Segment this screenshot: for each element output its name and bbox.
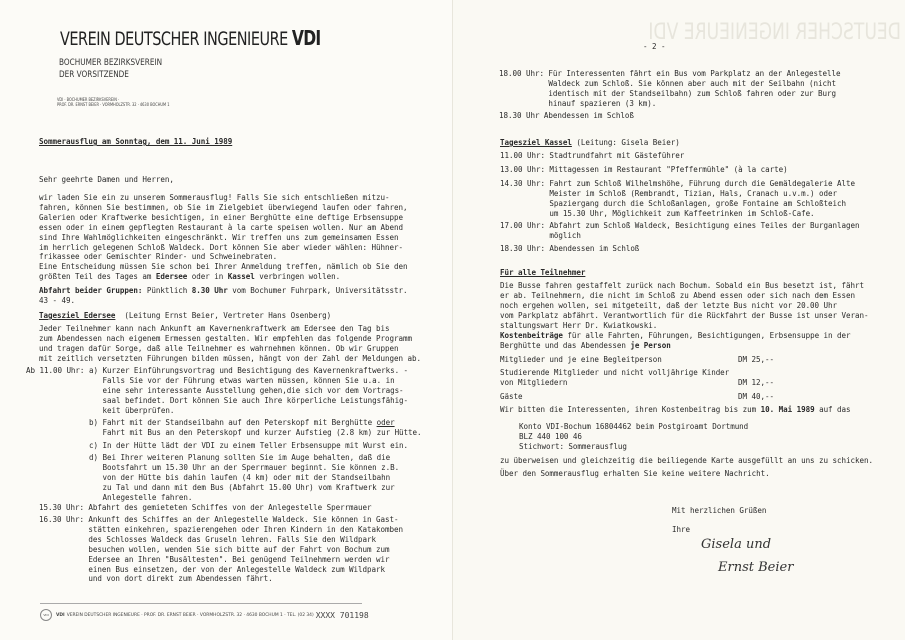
schedule-1830-edersee: 18.30 Uhr Abendessen im Schloß	[499, 111, 634, 121]
footer-phone: XXXX 701198	[316, 611, 369, 620]
fee-label: Mitglieder und je eine Begleitperson	[500, 355, 662, 365]
departure-paragraph: Abfahrt beider Gruppen: Pünktlich 8.30 U…	[39, 286, 408, 306]
item-a: a) Kurzer Einführungsvortrag und Besicht…	[89, 366, 408, 416]
bank-account: Konto VDI-Bochum 16804462 beim Postgiroa…	[519, 422, 748, 452]
item-d: d) Bei Ihrer weiteren Planung sollten Si…	[89, 453, 399, 503]
closing-yours: Ihre	[672, 525, 690, 535]
kassel-item: 18.30 Uhr: Abendessen im Schloß	[500, 244, 639, 254]
edersee-intro: Jeder Teilnehmer kann nach Ankunft am Ka…	[39, 324, 421, 364]
letterhead-subtitle: BOCHUMER BEZIRKSVEREIN DER VORSITZENDE	[59, 58, 162, 81]
letter-page-2: VEREIN DEUTSCHER INGENIEURE VDI - 2 - 18…	[452, 0, 905, 640]
schedule-1630: 16.30 Uhr: Ankunft des Schiffes an der A…	[39, 515, 403, 584]
letter-footer: VDI VDI VEREIN DEUTSCHER INGENIEURE · PR…	[40, 609, 369, 621]
closing: Mit herzlichen Grüßen	[672, 506, 766, 516]
letter-heading: Sommerausflug am Sonntag, dem 11. Juni 1…	[39, 137, 232, 147]
kassel-item: 13.00 Uhr: Mittagessen im Restaurant "Pf…	[500, 165, 788, 175]
bleed-through-letterhead: VEREIN DEUTSCHER INGENIEURE VDI	[648, 20, 905, 45]
vdi-logo: VDI	[292, 26, 320, 50]
fee-label: Gäste	[500, 392, 522, 402]
decision-paragraph: Eine Entscheidung müssen Sie schon bei I…	[39, 262, 407, 282]
item-a-time: Ab 11.00 Uhr:	[26, 366, 84, 376]
item-b: b) Fahrt mit der Standseilbahn auf den P…	[89, 418, 422, 438]
fee-amount: DM 40,--	[738, 392, 774, 402]
kassel-item: 11.00 Uhr: Stadtrundfahrt mit Gästeführe…	[500, 151, 684, 161]
transfer-instruction: zu überweisen und gleichzeitig die beili…	[500, 456, 873, 466]
fee-amount: DM 25,--	[738, 355, 774, 365]
fee-amount: DM 12,--	[738, 378, 774, 388]
footer-logo: VDI	[56, 613, 65, 618]
payment-request: Wir bitten die Interessenten, ihren Kost…	[500, 405, 851, 415]
signature-ernst: Ernst Beier	[718, 560, 793, 575]
cost-paragraph: Kostenbeiträge für alle Fahrten, Führung…	[500, 331, 851, 351]
letter-page-1: VEREIN DEUTSCHER INGENIEURE VDI BOCHUMER…	[0, 0, 452, 640]
letterhead-title: VEREIN DEUTSCHER INGENIEURE VDI	[60, 26, 320, 50]
kassel-item: 17.00 Uhr: Abfahrt zum Schloß Waldeck, B…	[500, 221, 860, 241]
signature-gisela: Gisela und	[701, 537, 771, 552]
footer-address: VEREIN DEUTSCHER INGENIEURE · PROF. DR. …	[67, 613, 314, 618]
no-further-notice: Über den Sommerausflug erhalten Sie kein…	[500, 469, 770, 479]
letterhead-branch: BOCHUMER BEZIRKSVEREIN	[59, 58, 162, 70]
schedule-1800: 18.00 Uhr: Für Interessenten fährt ein B…	[499, 69, 841, 109]
all-participants-text: Die Busse fahren gestaffelt zurück nach …	[500, 281, 868, 331]
all-participants-heading: Für alle Teilnehmer	[500, 268, 585, 278]
salutation: Sehr geehrte Damen und Herren,	[39, 175, 174, 185]
intro-paragraph: wir laden Sie ein zu unserem Sommerausfl…	[39, 193, 407, 262]
schedule-1530: 15.30 Uhr: Abfahrt des gemieteten Schiff…	[39, 503, 372, 513]
vdi-seal-icon: VDI	[40, 609, 52, 621]
item-c: c) In der Hütte lädt der VDI zu einem Te…	[89, 441, 408, 451]
sender-address: VDI · BOCHUMER BEZIRKSVEREIN · PROF. DR.…	[57, 97, 170, 107]
edersee-heading: Tagesziel Edersee (Leitung Ernst Beier, …	[39, 311, 331, 321]
kassel-item: 14.30 Uhr: Fahrt zum Schloß Wilhelmshöhe…	[500, 179, 855, 219]
kassel-heading: Tagesziel Kassel (Leitung: Gisela Beier)	[500, 138, 680, 148]
page-number: - 2 -	[643, 42, 665, 52]
footer-divider	[40, 603, 362, 604]
sender-address-line2: PROF. DR. ERNST BEIER · VORMHOLZSTR. 32 …	[57, 102, 170, 107]
fee-label: Studierende Mitglieder und nicht volljäh…	[500, 368, 729, 388]
letterhead-role: DER VORSITZENDE	[59, 70, 162, 82]
